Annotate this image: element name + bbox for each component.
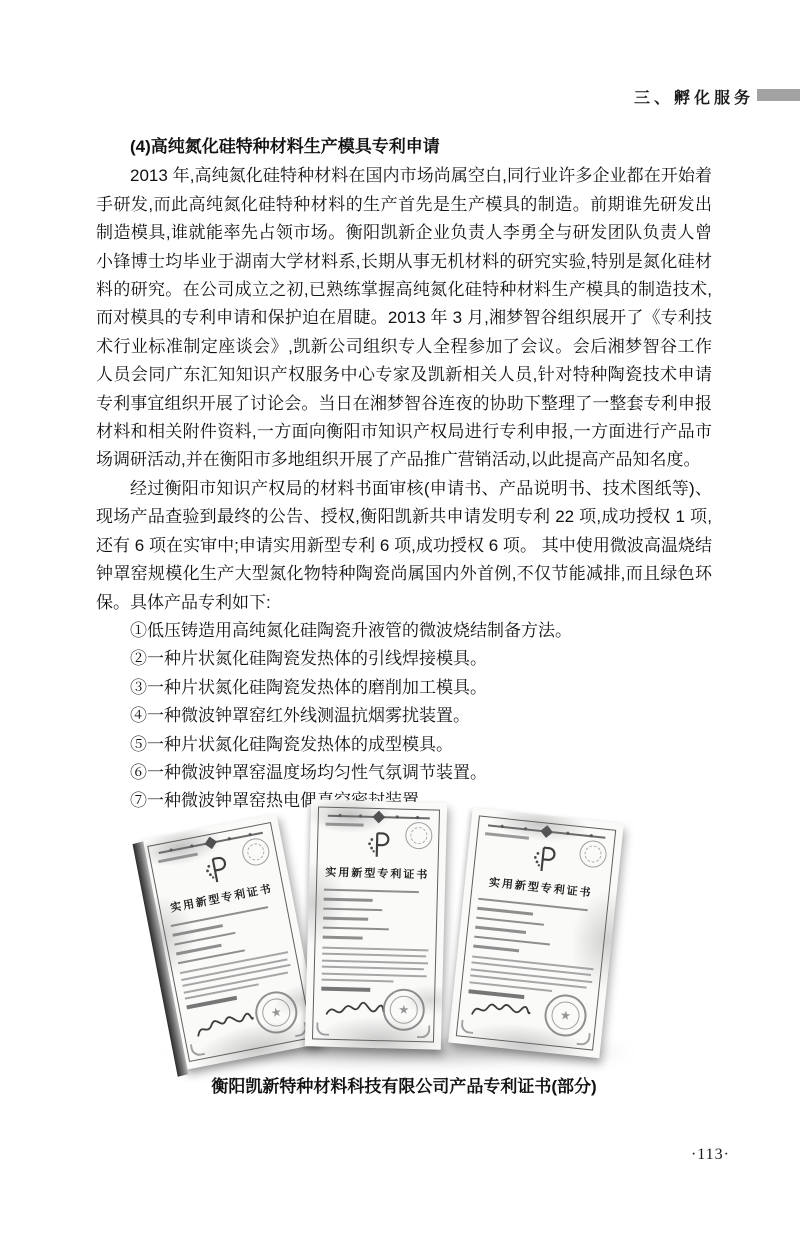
patent-list-item: ②一种片状氮化硅陶瓷发热体的引线焊接模具。 (96, 645, 712, 673)
star-icon (560, 1010, 571, 1021)
paragraph: 经过衡阳市知识产权局的材料书面审核(申请书、产品说明书、技术图纸等)、现场产品查… (96, 475, 712, 617)
corner-flourish-icon (190, 1042, 205, 1057)
signature-scribble (468, 995, 532, 1027)
corner-flourish-icon (316, 1022, 329, 1035)
patent-list-item: ③一种片状氮化硅陶瓷发热体的磨削加工模具。 (96, 674, 712, 702)
signature-scribble (323, 997, 386, 1025)
running-header: 三、孵化服务 (0, 85, 800, 105)
star-icon (270, 1007, 282, 1019)
patent-list: ①低压铸造用高纯氮化硅陶瓷升液管的微波烧结制备方法。 ②一种片状氮化硅陶瓷发热体… (96, 617, 712, 816)
certificate-number-text (326, 823, 364, 826)
patent-list-item: ⑤一种片状氮化硅陶瓷发热体的成型模具。 (96, 731, 712, 759)
document-page: 三、孵化服务 (4)高纯氮化硅特种材料生产模具专利申请 2013 年,高纯氮化硅… (0, 0, 800, 1235)
paragraph: 2013 年,高纯氮化硅特种材料在国内市场尚属空白,同行业许多企业都在开始着手研… (96, 162, 712, 474)
figure-caption: 衡阳凯新特种材料科技有限公司产品专利证书(部分) (96, 1072, 712, 1097)
certificate-title: 实用新型专利证书 (324, 863, 430, 882)
star-icon (399, 1005, 409, 1015)
article-title: (4)高纯氮化硅特种材料生产模具专利申请 (96, 133, 712, 161)
patent-list-item: ⑥一种微波钟罩窑温度场均匀性气氛调节装置。 (96, 759, 712, 787)
certificate-info-lines (473, 897, 600, 959)
page-number: ·113· (691, 1146, 730, 1164)
corner-flourish-icon (417, 1025, 430, 1038)
patent-certificate-left: 实用新型专利证书 (139, 814, 321, 1070)
patent-list-item: ④一种微波钟罩窑红外线测温抗烟雾扰装置。 (96, 702, 712, 730)
patent-certificate-right: 实用新型专利证书 (448, 808, 624, 1059)
certificate-body-lines (469, 955, 593, 996)
corner-flourish-icon (460, 1020, 474, 1034)
certificate-info-lines (323, 888, 430, 941)
article-body: (4)高纯氮化硅特种材料生产模具专利申请 2013 年,高纯氮化硅特种材料在国内… (96, 133, 712, 816)
certificate-body-lines (322, 946, 429, 983)
patent-certificate-middle: 实用新型专利证书 (305, 799, 447, 1049)
certificate-highlight-line (321, 987, 370, 992)
corner-flourish-icon (577, 1032, 591, 1046)
patent-certificates-photo: 实用新型专利证书 (140, 795, 668, 1067)
ornament-border (328, 812, 430, 822)
patent-list-item: ①低压铸造用高纯氮化硅陶瓷升液管的微波烧结制备方法。 (96, 617, 712, 645)
header-bar-decoration (757, 89, 800, 101)
section-header: 三、孵化服务 (634, 85, 754, 108)
signature-scribble (192, 1006, 258, 1043)
